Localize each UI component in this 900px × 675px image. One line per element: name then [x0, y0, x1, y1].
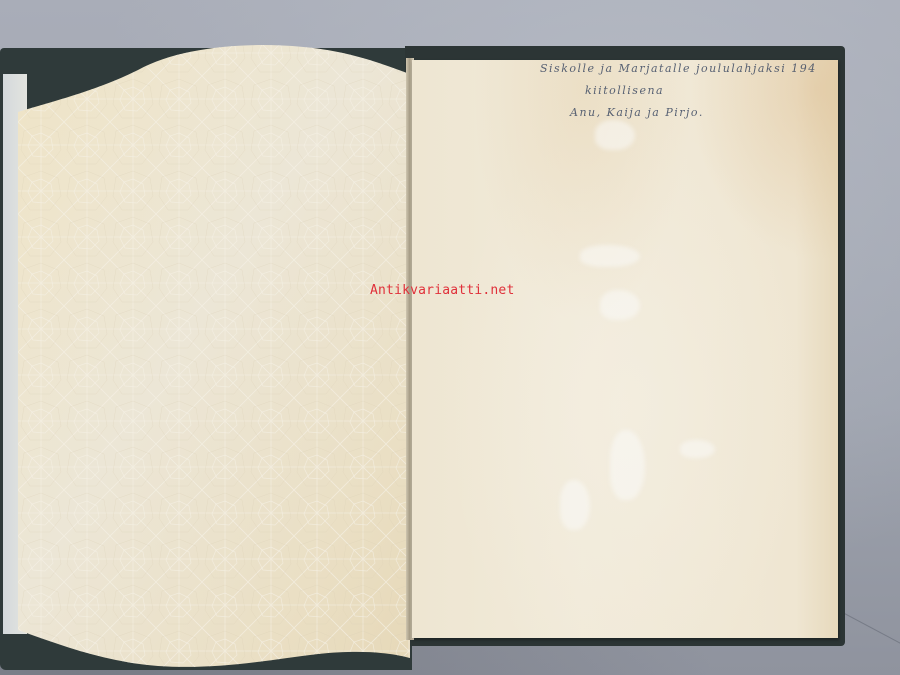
watermark-text: Antikvariaatti.net: [370, 283, 514, 298]
dedication-line: kiitollisena: [585, 80, 830, 102]
handwritten-dedication: Siskolle ja Marjatalle joululahjaksi 194…: [540, 58, 830, 124]
water-stain: [560, 480, 590, 530]
cobweb-pattern-icon: [18, 30, 410, 670]
water-stain: [580, 245, 640, 267]
endpaper-left-page: [18, 30, 410, 670]
dedication-line: Siskolle ja Marjatalle joululahjaksi 194: [540, 58, 830, 80]
water-stain: [595, 120, 635, 150]
water-stain: [680, 440, 715, 458]
water-stain: [610, 430, 645, 500]
dedication-line: Anu, Kaija ja Pirjo.: [570, 102, 830, 124]
water-stain: [600, 290, 640, 320]
